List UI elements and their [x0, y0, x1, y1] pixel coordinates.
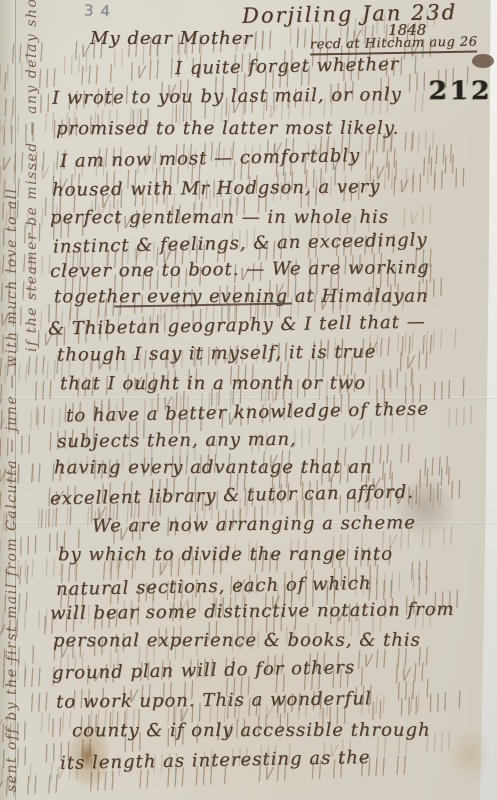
letter-line: having every advantage that an	[54, 457, 373, 479]
letter-line: We are now arranging a scheme	[92, 512, 416, 536]
letter-line: I wrote to you by last mail, or only	[52, 84, 402, 109]
letter-line: together every evening at Himalayan	[54, 286, 429, 308]
letter-line: I quite forget whether	[175, 54, 400, 79]
received-note: recd at Hitcham aug 26	[310, 35, 478, 56]
salutation: My dear Mother	[90, 28, 253, 49]
marginalia-line: sent off by the first mail from Calcutta…	[4, 187, 20, 792]
letter-line: clever one to boot. — We are working	[50, 257, 430, 282]
letter-line: will bear some distinctive notation from	[50, 599, 455, 624]
letter-line: promised to the latter most likely.	[56, 118, 399, 140]
letter-line: personal experience & books, & this	[53, 630, 421, 652]
scanned-letter-page: \\\ \\\ \ \v\\ \\ \\ \\\\ \\ \\\ \\\ \ \…	[0, 0, 497, 800]
letter-line: to work upon. This a wonderful	[56, 688, 372, 712]
letter-line: housed with Mr Hodgson, a very	[52, 176, 381, 200]
letter-line: county & if only accessible through	[72, 720, 431, 742]
marginalia-line: if the steamer be missed — any delay sho…	[24, 0, 40, 352]
letter-line: that I ought in a month or two	[60, 373, 366, 395]
letter-line: perfect gentleman — in whole his	[50, 207, 389, 229]
letter-line: though I say it myself, it is true	[57, 341, 377, 365]
letter-line: subjects then, any man,	[57, 429, 297, 453]
letter-line: by which to divide the range into	[58, 544, 393, 566]
pencil-folio-number: 34	[84, 1, 118, 20]
page-number-stamp: 212	[429, 76, 493, 105]
vertical-crease	[468, 0, 470, 800]
